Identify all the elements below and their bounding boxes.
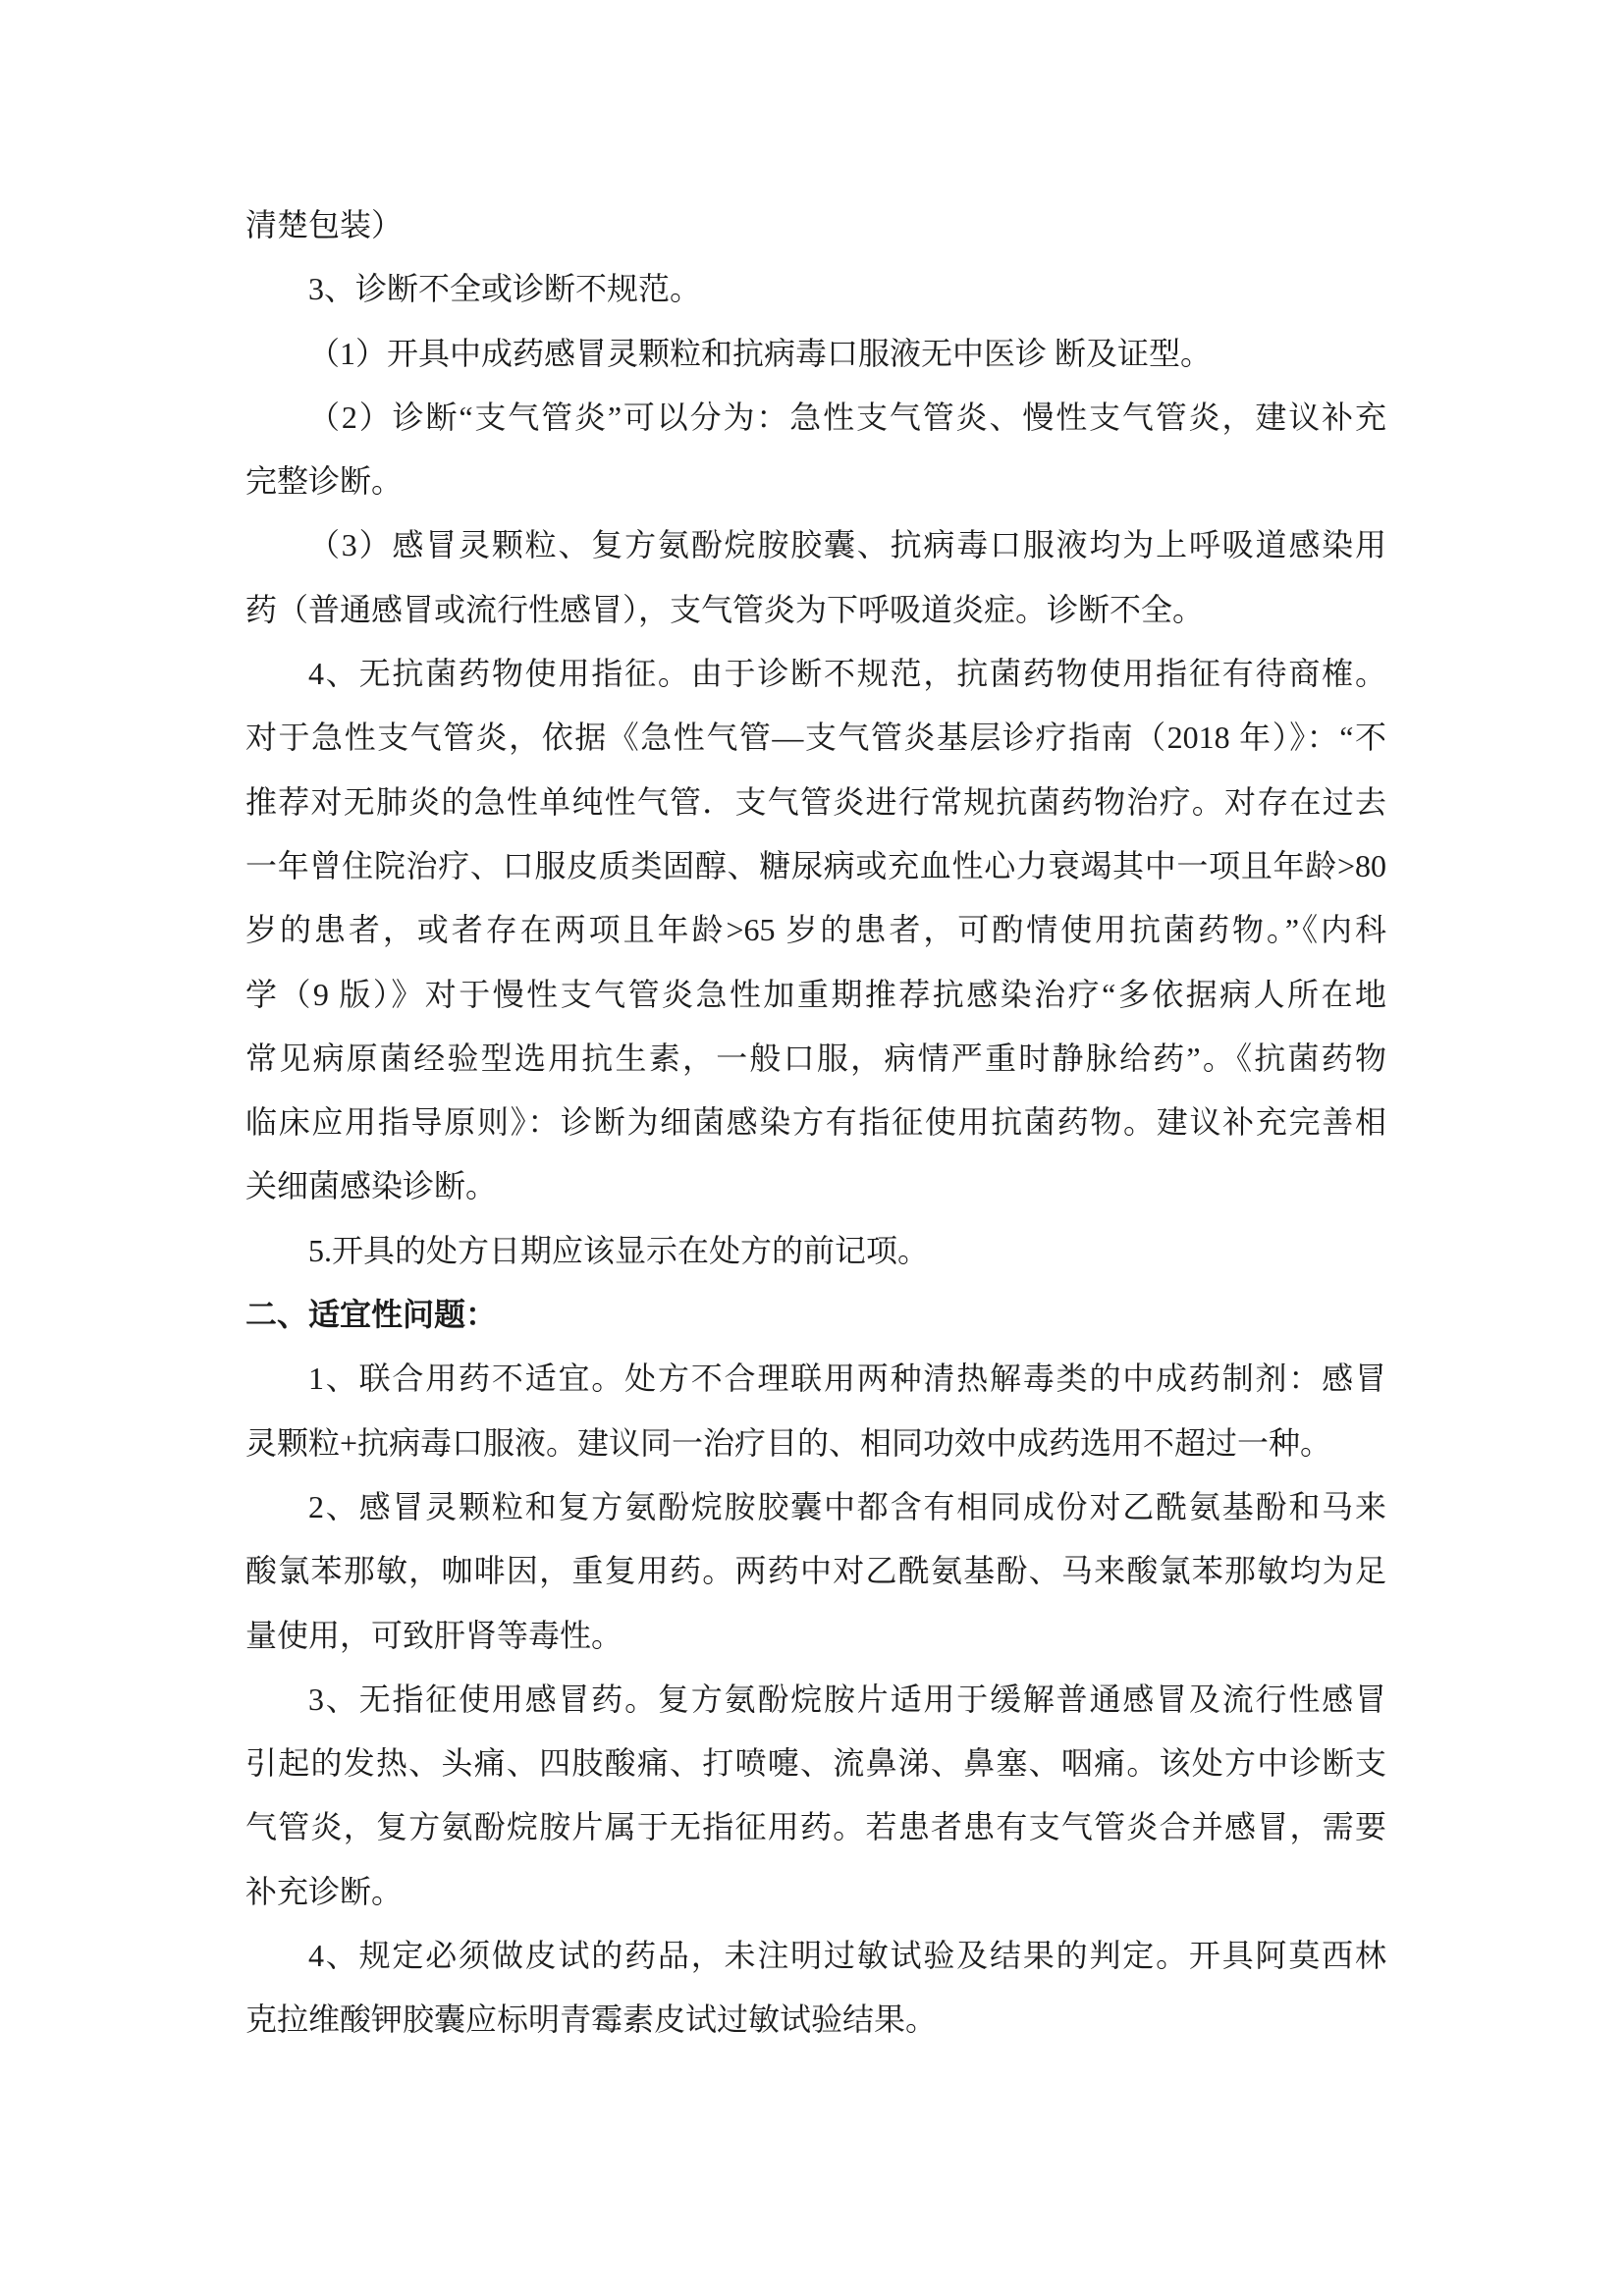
doc-line: 4、规定必须做皮试的药品，未注明过敏试验及结果的判定。开具阿莫西林 [245,1924,1386,1988]
doc-line: 学（9 版）》对于慢性支气管炎急性加重期推荐抗感染治疗“多依据病人所在地 [245,963,1386,1027]
doc-line: 灵颗粒+抗病毒口服液。建议同一治疗目的、相同功效中成药选用不超过一种。 [245,1412,1386,1475]
doc-line: 引起的发热、头痛、四肢酸痛、打喷嚏、流鼻涕、鼻塞、咽痛。该处方中诊断支 [245,1732,1386,1795]
doc-line: 关细菌感染诊断。 [245,1154,1386,1218]
document-page: 清楚包装） 3、诊断不全或诊断不规范。 （1）开具中成药感冒灵颗粒和抗病毒口服液… [0,0,1624,2296]
doc-line: 克拉维酸钾胶囊应标明青霉素皮试过敏试验结果。 [245,1988,1386,2052]
doc-line: 1、联合用药不适宜。处方不合理联用两种清热解毒类的中成药制剂：感冒 [245,1347,1386,1411]
doc-line: 5.开具的处方日期应该显示在处方的前记项。 [245,1219,1386,1283]
doc-line: 3、诊断不全或诊断不规范。 [245,257,1386,321]
doc-line: 3、无指征使用感冒药。复方氨酚烷胺片适用于缓解普通感冒及流行性感冒 [245,1668,1386,1732]
doc-line: 常见病原菌经验型选用抗生素，一般口服，病情严重时静脉给药”。《抗菌药物 [245,1027,1386,1091]
doc-line: 推荐对无肺炎的急性单纯性气管．支气管炎进行常规抗菌药物治疗。对存在过去 [245,771,1386,834]
doc-line: （1）开具中成药感冒灵颗粒和抗病毒口服液无中医诊 断及证型。 [245,322,1386,386]
document-body: 清楚包装） 3、诊断不全或诊断不规范。 （1）开具中成药感冒灵颗粒和抗病毒口服液… [245,193,1386,2053]
doc-line: 量使用，可致肝肾等毒性。 [245,1604,1386,1668]
doc-line: （3）感冒灵颗粒、复方氨酚烷胺胶囊、抗病毒口服液均为上呼吸道感染用 [245,513,1386,577]
doc-line: 完整诊断。 [245,450,1386,513]
doc-line: 酸氯苯那敏，咖啡因，重复用药。两药中对乙酰氨基酚、马来酸氯苯那敏均为足 [245,1539,1386,1603]
doc-line: 对于急性支气管炎，依据《急性气管—支气管炎基层诊疗指南（2018 年）》：“不 [245,706,1386,770]
doc-line: 2、感冒灵颗粒和复方氨酚烷胺胶囊中都含有相同成份对乙酰氨基酚和马来 [245,1475,1386,1539]
doc-line: 4、无抗菌药物使用指征。由于诊断不规范，抗菌药物使用指征有待商榷。 [245,642,1386,706]
doc-line: 补充诊断。 [245,1860,1386,1924]
doc-line: 一年曾住院治疗、口服皮质类固醇、糖尿病或充血性心力衰竭其中一项且年龄>80 [245,834,1386,898]
doc-line: 气管炎，复方氨酚烷胺片属于无指征用药。若患者患有支气管炎合并感冒，需要 [245,1795,1386,1859]
doc-line: （2）诊断“支气管炎”可以分为：急性支气管炎、慢性支气管炎，建议补充 [245,386,1386,450]
doc-line: 临床应用指导原则》：诊断为细菌感染方有指征使用抗菌药物。建议补充完善相 [245,1091,1386,1154]
doc-line: 岁的患者，或者存在两项且年龄>65 岁的患者，可酌情使用抗菌药物。”《内科 [245,898,1386,962]
section-heading: 二、适宜性问题： [245,1283,1386,1347]
doc-line: 清楚包装） [245,193,1386,257]
doc-line: 药（普通感冒或流行性感冒），支气管炎为下呼吸道炎症。诊断不全。 [245,578,1386,642]
